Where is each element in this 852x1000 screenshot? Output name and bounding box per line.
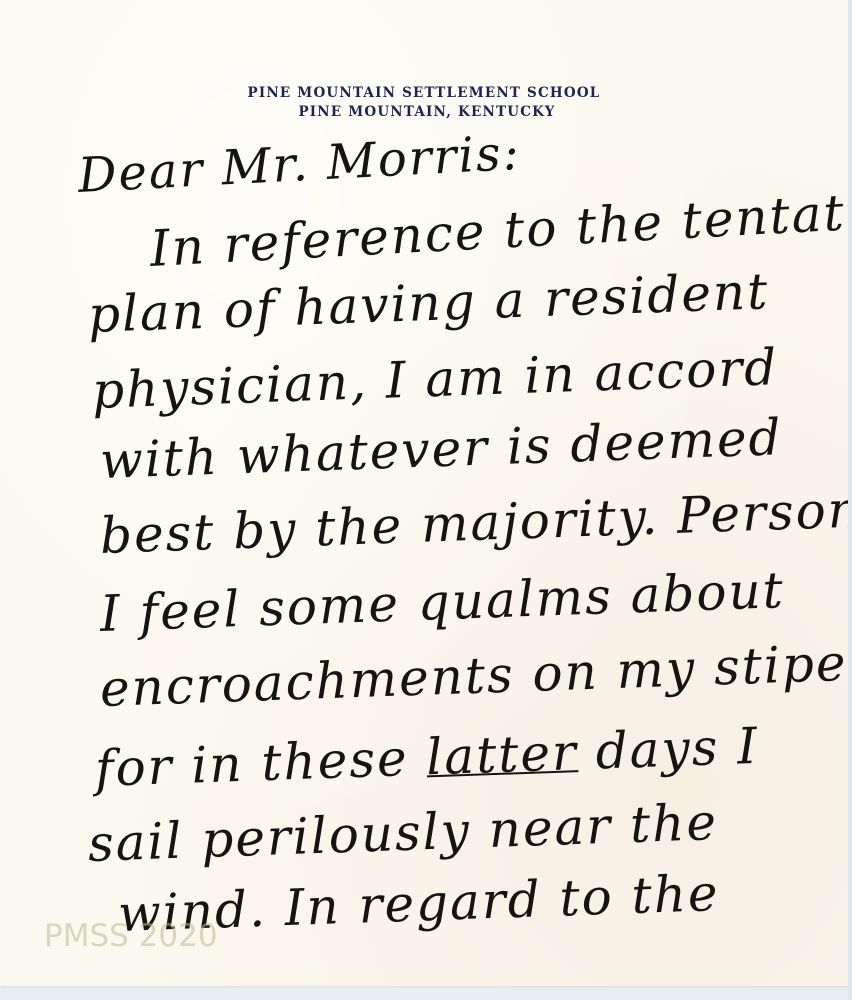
letter-line-8-end: days I — [577, 717, 760, 781]
letter-line-8-start: for in these — [94, 728, 427, 798]
letter-line-9: sail perilously near the — [87, 793, 719, 873]
letter-line-4: with whatever is deemed — [99, 408, 783, 490]
letterhead-location: PINE MOUNTAIN, KENTUCKY — [0, 103, 848, 122]
letter-line-5: best by the majority. Personally, — [99, 477, 852, 565]
scan-edge — [848, 0, 852, 1000]
letter-paper: PINE MOUNTAIN SETTLEMENT SCHOOL PINE MOU… — [0, 0, 848, 986]
salutation: Dear Mr. Morris: — [77, 125, 522, 204]
letter-line-6: I feel some qualms about — [99, 561, 786, 643]
letter-line-3: physician, I am in accord — [91, 338, 779, 420]
underlined-word-latter: latter — [425, 723, 578, 786]
letter-line-8: for in these latter days I — [94, 717, 760, 798]
watermark: PMSS 2020 — [44, 918, 218, 954]
letter-line-7: encroachments on my stipend, — [99, 631, 852, 718]
letterhead: PINE MOUNTAIN SETTLEMENT SCHOOL PINE MOU… — [0, 84, 848, 122]
letterhead-school-name: PINE MOUNTAIN SETTLEMENT SCHOOL — [0, 84, 848, 103]
